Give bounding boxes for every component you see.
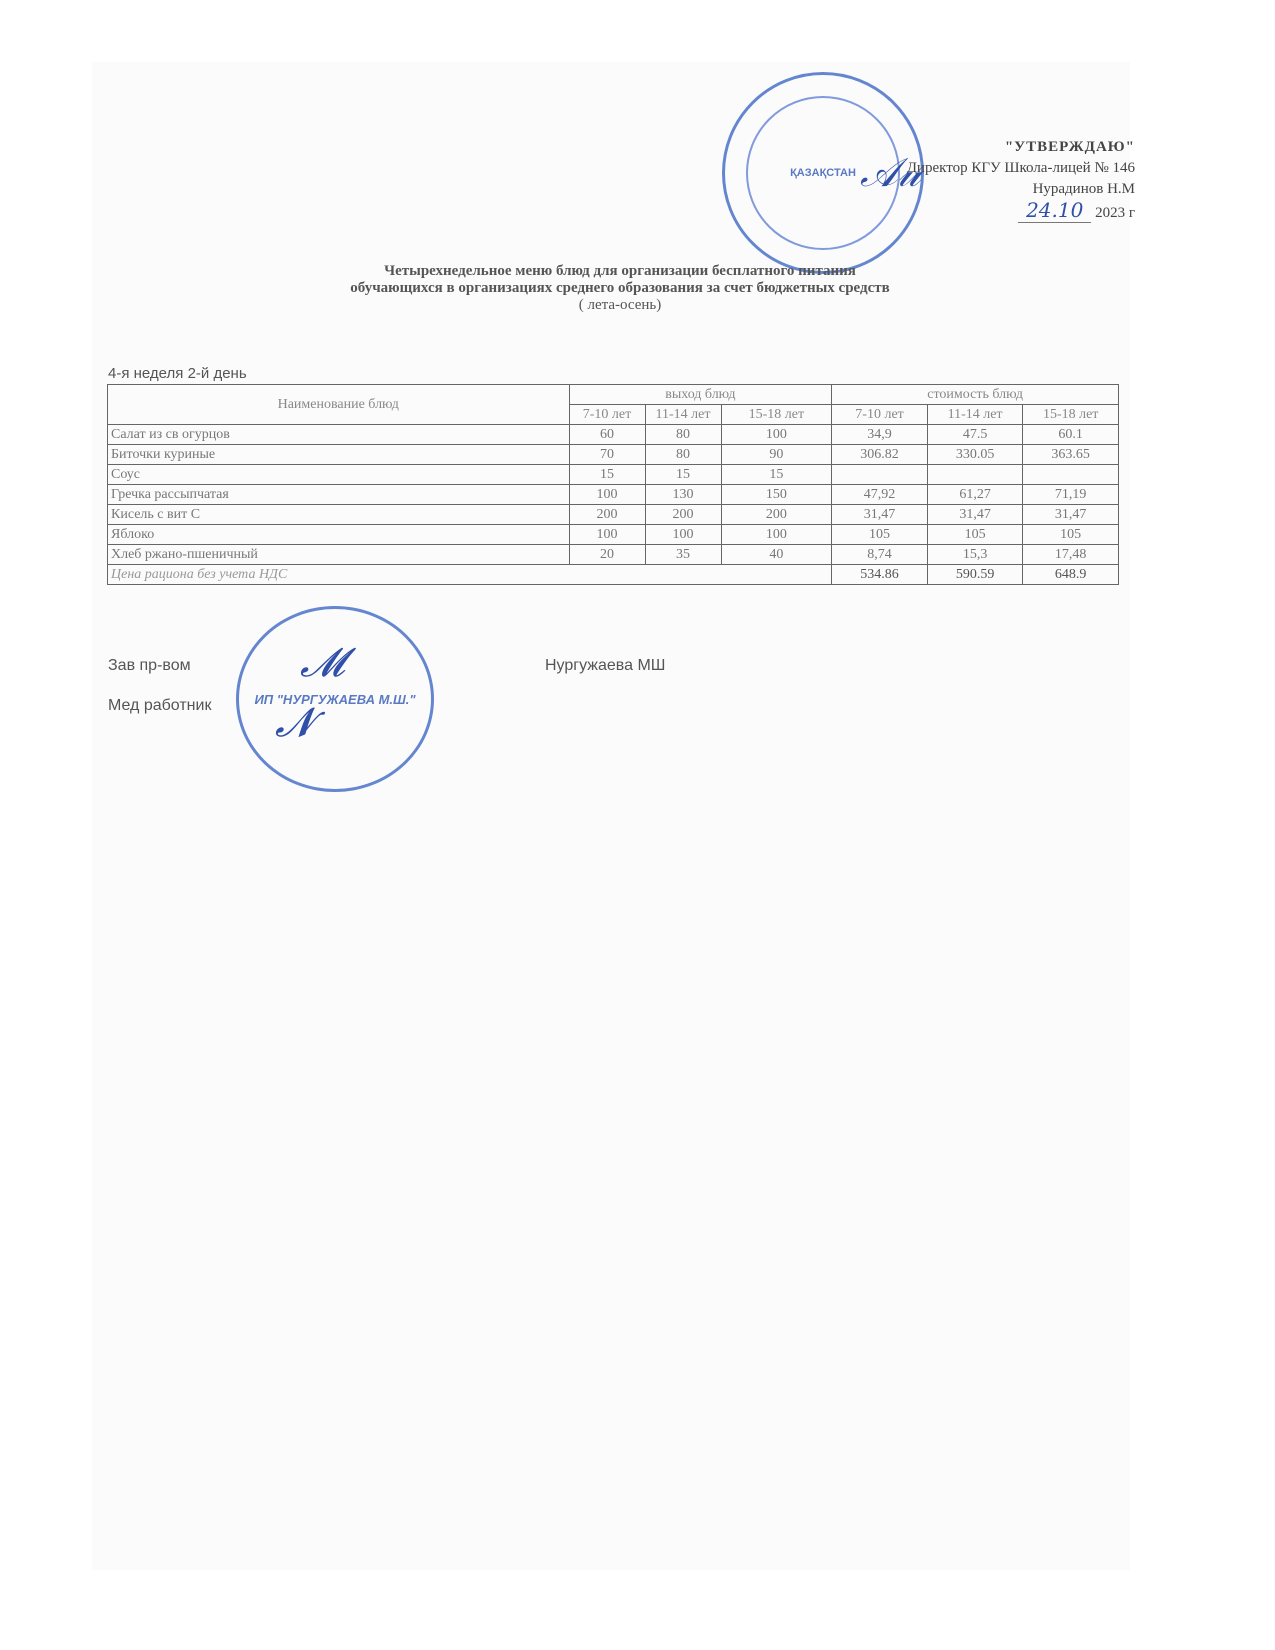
yield-cell: 40 [721,545,832,565]
header-yield-age: 11-14 лет [645,405,721,425]
approval-date: 24.10 2023 г [1018,200,1135,224]
yield-cell: 15 [645,465,721,485]
yield-cell: 150 [721,485,832,505]
cost-cell: 15,3 [927,545,1023,565]
dish-name: Хлеб ржано-пшеничный [108,545,570,565]
yield-cell: 90 [721,445,832,465]
table-row: Кисель с вит С20020020031,4731,4731,47 [108,505,1119,525]
table-row: Яблоко100100100105105105 [108,525,1119,545]
cost-cell: 31,47 [1023,505,1119,525]
title-season: ( лета-осень) [240,297,1000,314]
yield-cell: 130 [645,485,721,505]
total-value: 534.86 [832,565,928,585]
cost-cell: 31,47 [832,505,928,525]
yield-cell: 70 [569,445,645,465]
cost-cell: 71,19 [1023,485,1119,505]
cost-cell: 330.05 [927,445,1023,465]
director-signature-icon: 𝒜𝓊 [860,150,920,196]
approval-name: Нурадинов Н.М [907,179,1135,200]
header-cost-age: 11-14 лет [927,405,1023,425]
medic-label: Мед работник [108,697,211,715]
cost-cell: 363.65 [1023,445,1119,465]
seal-text: ҚАЗАҚСТАН [790,167,856,179]
dish-name: Гречка рассыпчатая [108,485,570,505]
approval-position: Директор КГУ Школа-лицей № 146 [907,158,1135,179]
yield-cell: 80 [645,445,721,465]
cost-cell: 105 [927,525,1023,545]
cost-cell: 31,47 [927,505,1023,525]
yield-cell: 200 [645,505,721,525]
week-day-heading: 4-я неделя 2-й день [108,365,247,382]
manager-name: Нургужаева МШ [545,657,665,675]
cost-cell: 105 [1023,525,1119,545]
yield-cell: 100 [721,425,832,445]
cost-cell: 47.5 [927,425,1023,445]
total-value: 648.9 [1023,565,1119,585]
cost-cell: 34,9 [832,425,928,445]
yield-cell: 80 [645,425,721,445]
cost-cell: 61,27 [927,485,1023,505]
dish-name: Биточки куриные [108,445,570,465]
title-line-1: Четырехнедельное меню блюд для организац… [240,263,1000,280]
manager-label: Зав пр-вом [108,657,191,675]
header-cost-age: 7-10 лет [832,405,928,425]
approval-year: 2023 г [1095,205,1135,221]
total-label: Цена рациона без учета НДС [108,565,832,585]
header-yield: выход блюд [569,385,832,405]
table-row: Гречка рассыпчатая10013015047,9261,2771,… [108,485,1119,505]
table-row: Хлеб ржано-пшеничный2035408,7415,317,48 [108,545,1119,565]
cost-cell: 105 [832,525,928,545]
total-row: Цена рациона без учета НДС 534.86 590.59… [108,565,1119,585]
cost-cell [1023,465,1119,485]
handwritten-date: 24.10 [1018,198,1091,223]
approval-title: "УТВЕРЖДАЮ" [907,137,1135,158]
header-cost: стоимость блюд [832,385,1119,405]
yield-cell: 100 [645,525,721,545]
yield-cell: 100 [569,485,645,505]
header-yield-age: 15-18 лет [721,405,832,425]
dish-name: Яблоко [108,525,570,545]
cost-cell: 47,92 [832,485,928,505]
header-cost-age: 15-18 лет [1023,405,1119,425]
manager-signature-icon: 𝓜 [300,640,345,686]
medic-signature-icon: 𝓝 [275,700,313,746]
document-title: Четырехнедельное меню блюд для организац… [240,263,1000,314]
menu-table: Наименование блюд выход блюд стоимость б… [107,384,1119,585]
yield-cell: 15 [721,465,832,485]
title-line-2: обучающихся в организациях среднего обра… [240,280,1000,297]
cost-cell [927,465,1023,485]
yield-cell: 100 [721,525,832,545]
cost-cell [832,465,928,485]
total-value: 590.59 [927,565,1023,585]
cost-cell: 17,48 [1023,545,1119,565]
yield-cell: 20 [569,545,645,565]
table-row: Соус151515 [108,465,1119,485]
header-yield-age: 7-10 лет [569,405,645,425]
header-dish-name: Наименование блюд [108,385,570,425]
yield-cell: 60 [569,425,645,445]
dish-name: Салат из св огурцов [108,425,570,445]
table-row: Биточки куриные708090306.82330.05363.65 [108,445,1119,465]
yield-cell: 15 [569,465,645,485]
yield-cell: 100 [569,525,645,545]
dish-name: Кисель с вит С [108,505,570,525]
cost-cell: 306.82 [832,445,928,465]
yield-cell: 200 [569,505,645,525]
ip-stamp: ИП "НУРГУЖАЕВА М.Ш." [236,606,434,792]
dish-name: Соус [108,465,570,485]
yield-cell: 200 [721,505,832,525]
cost-cell: 8,74 [832,545,928,565]
table-row: Салат из св огурцов608010034,947.560.1 [108,425,1119,445]
yield-cell: 35 [645,545,721,565]
cost-cell: 60.1 [1023,425,1119,445]
approval-block: "УТВЕРЖДАЮ" Директор КГУ Школа-лицей № 1… [907,137,1135,224]
